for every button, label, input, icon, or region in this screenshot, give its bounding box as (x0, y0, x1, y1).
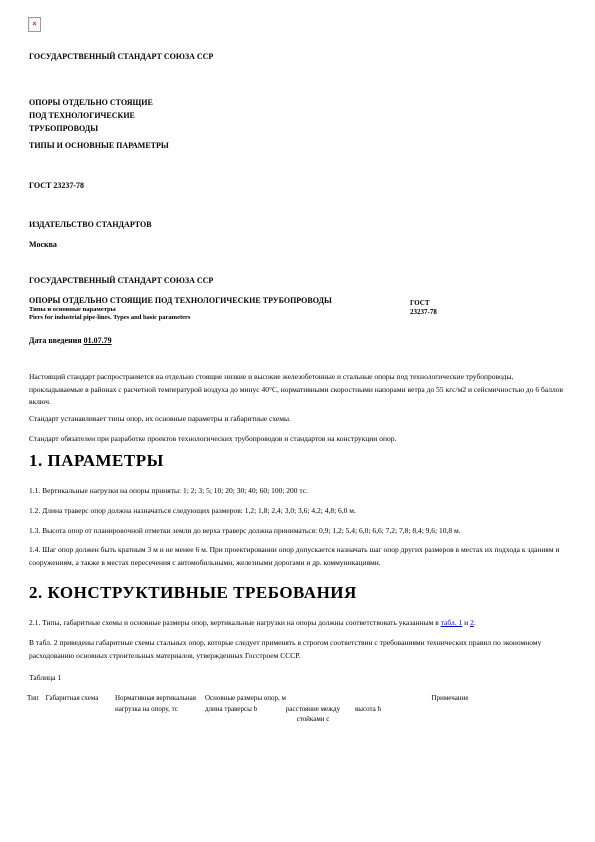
broken-image-x-glyph: × (32, 21, 36, 28)
scope-paragraph: Настоящий стандарт распространяется на о… (29, 371, 566, 409)
clause-1-2: 1.2. Длина траверс опор должна назначать… (29, 505, 566, 518)
col-header-traverse-length: длина траверсы b (205, 704, 285, 715)
front-subtitle: ТИПЫ И ОСНОВНЫЕ ПАРАМЕТРЫ (29, 139, 169, 152)
header2-gost-line1: ГОСТ (410, 299, 437, 308)
section-2-heading: 2. КОНСТРУКТИВНЫЕ ТРЕБОВАНИЯ (29, 583, 357, 603)
clause-2-1-period: . (474, 618, 476, 627)
clause-2-1-and: и (462, 618, 470, 627)
col-header-scheme: Габаритная схема (41, 693, 103, 704)
broken-image-icon: × (28, 17, 41, 32)
col-header-height: высота h (341, 704, 395, 715)
front-gost-number: ГОСТ 23237-78 (29, 179, 84, 192)
introduction-date-line: Дата введения 01.07.79 (29, 334, 112, 347)
clause-2-1: 2.1. Типы, габаритные схемы и основные р… (29, 617, 566, 630)
header2-title-block: ОПОРЫ ОТДЕЛЬНО СТОЯЩИЕ ПОД ТЕХНОЛОГИЧЕСК… (29, 296, 399, 322)
clause-1-1: 1.1. Вертикальные нагрузки на опоры прин… (29, 485, 566, 498)
front-title-line-1: ОПОРЫ ОТДЕЛЬНО СТОЯЩИЕ (29, 96, 153, 109)
front-title-line-2: ПОД ТЕХНОЛОГИЧЕСКИЕ (29, 109, 153, 122)
col-header-sizes-group: Основные размеры опор, м длина траверсы … (205, 693, 400, 725)
front-title: ОПОРЫ ОТДЕЛЬНО СТОЯЩИЕ ПОД ТЕХНОЛОГИЧЕСК… (29, 96, 153, 135)
header2-union-label: ГОСУДАРСТВЕННЫЙ СТАНДАРТ СОЮЗА ССР (29, 274, 213, 287)
col-header-sizes-subrow: длина траверсы b расстояние между стойка… (205, 704, 400, 725)
publisher-label: ИЗДАТЕЛЬСТВО СТАНДАРТОВ (29, 218, 152, 231)
front-union-label: ГОСУДАРСТВЕННЫЙ СТАНДАРТ СОЮЗА ССР (29, 50, 213, 63)
clause-2-1-text: 2.1. Типы, габаритные схемы и основные р… (29, 618, 441, 627)
clause-1-4: 1.4. Шаг опор должен быть кратным 3 м и … (29, 544, 566, 569)
table-1-caption: Таблица 1 (29, 672, 61, 685)
col-header-type: Тип (27, 693, 41, 704)
introduction-date-link[interactable]: 01.07.79 (84, 336, 112, 345)
city-label: Москва (29, 238, 57, 251)
col-header-sizes-title: Основные размеры опор, м (205, 693, 400, 704)
header2-gost-line2: 23237-78 (410, 308, 437, 317)
header2-gost-badge: ГОСТ 23237-78 (410, 299, 437, 316)
table-1-header: Тип Габаритная схема Нормативная вертика… (27, 693, 490, 725)
front-title-line-3: ТРУБОПРОВОДЫ (29, 122, 153, 135)
establishes-paragraph: Стандарт устанавливает типы опор, их осн… (29, 413, 566, 426)
document-page: × ГОСУДАРСТВЕННЫЙ СТАНДАРТ СОЮЗА ССР ОПО… (0, 0, 595, 842)
col-header-note: Примечание (410, 693, 490, 704)
col-header-post-spacing: расстояние между стойками с (285, 704, 341, 725)
table-1-link[interactable]: табл. 1 (441, 618, 463, 627)
table-2-note-paragraph: В табл. 2 приведены габаритные схемы ста… (29, 637, 566, 662)
header2-title: ОПОРЫ ОТДЕЛЬНО СТОЯЩИЕ ПОД ТЕХНОЛОГИЧЕСК… (29, 296, 399, 306)
clause-1-3: 1.3. Высота опор от планировочной отметк… (29, 525, 566, 538)
section-1-heading: 1. ПАРАМЕТРЫ (29, 451, 164, 471)
mandatory-paragraph: Стандарт обязателен при разработке проек… (29, 433, 566, 446)
header2-subtitle-en: Piers for industrial pipe-lines. Types a… (29, 314, 399, 322)
header2-subtitle-ru: Типы и основные параметры (29, 306, 399, 314)
col-header-load: Нормативная вертикальная нагрузка на опо… (115, 693, 197, 714)
date-prefix: Дата введения (29, 336, 84, 345)
